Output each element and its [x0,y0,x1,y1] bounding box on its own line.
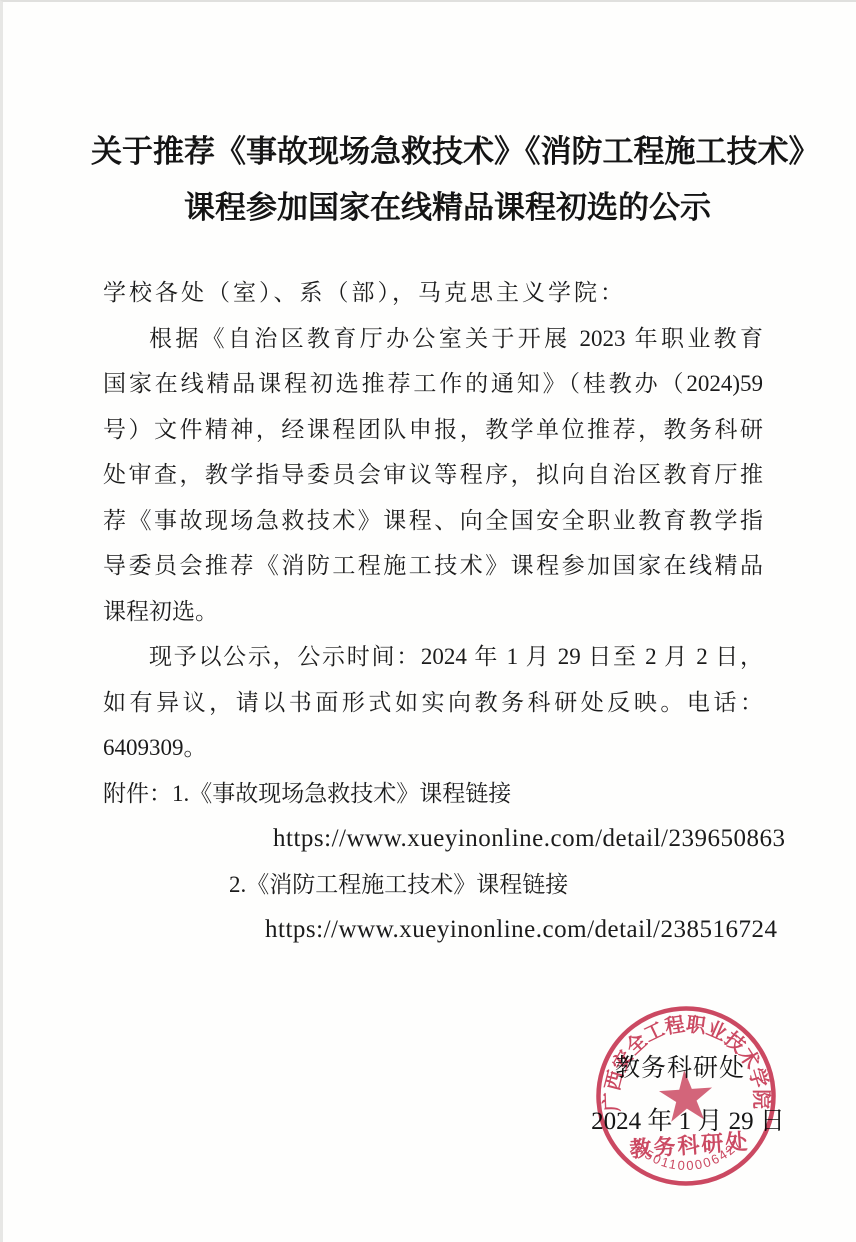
document-body: 学校各处（室）、系（部），马克思主义学院： 根据《自治区教育厅办公室关于开展 2… [103,270,763,953]
seal-star-icon [658,1068,715,1122]
title-line-1: 关于推荐《事故现场急救技术》《消防工程施工技术》 [91,124,804,180]
body-line: 荐《事故现场急救技术》课程、向全国安全职业教育教学指 [103,498,763,544]
attachment-item-2: 2.《消防工程施工技术》课程链接 [229,862,763,908]
salutation-line: 学校各处（室）、系（部），马克思主义学院： [103,270,763,316]
body-line: 导委员会推荐《消防工程施工技术》课程参加国家在线精品 [103,543,763,589]
body-line: 号）文件精神，经课程团队申报，教学单位推荐，教务科研 [103,407,763,453]
body-line: 课程初选。 [103,589,763,635]
attachment-item-1: 附件：1.《事故现场急救技术》课程链接 [103,771,763,817]
phone-number-line: 6409309。 [103,725,763,771]
body-line: 根据《自治区教育厅办公室关于开展 2023 年职业教育 [103,316,763,362]
attachment-link-2: https://www.xueyinonline.com/detail/2385… [265,907,763,953]
attachment-link-1: https://www.xueyinonline.com/detail/2396… [273,816,763,862]
scanned-document-page: 关于推荐《事故现场急救技术》《消防工程施工技术》 课程参加国家在线精品课程初选的… [0,0,856,1242]
body-line: 如有异议，请以书面形式如实向教务科研处反映。电话： [103,680,763,726]
body-line: 处审查，教学指导委员会审议等程序，拟向自治区教育厅推 [103,452,763,498]
official-seal: 广西安全工程职业技术学院 教务科研处 4501100006427 [579,989,792,1202]
body-line: 现予以公示，公示时间：2024 年 1 月 29 日至 2 月 2 日， [103,634,763,680]
document-title: 关于推荐《事故现场急救技术》《消防工程施工技术》 课程参加国家在线精品课程初选的… [91,124,804,236]
title-line-2: 课程参加国家在线精品课程初选的公示 [91,180,804,236]
body-line: 国家在线精品课程初选推荐工作的通知》（桂教办（2024)59 [103,361,763,407]
